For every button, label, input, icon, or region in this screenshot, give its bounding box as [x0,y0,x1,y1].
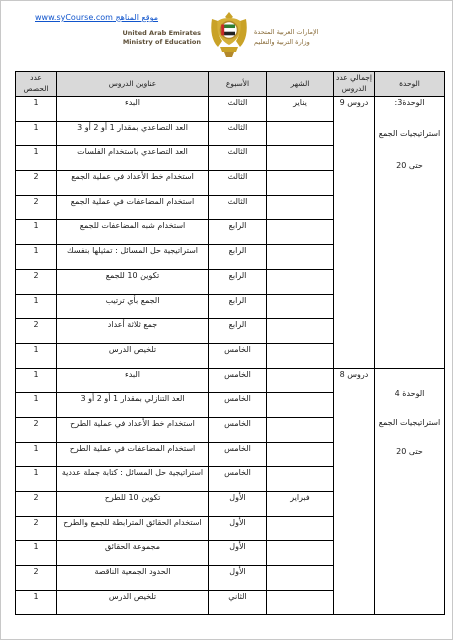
month-cell [267,393,334,418]
lesson-title-cell: تكوين 10 للطرح [57,492,209,517]
week-cell: الأول [209,566,267,591]
periods-cell: 2 [16,566,57,591]
lesson-title-cell: استخدام خط الأعداد في عملية الجمع [57,171,209,196]
total-lessons-cell: 8 دروس [334,368,375,615]
column-header-month: الشهر [267,72,334,97]
ministry-header: United Arab Emirates Ministry of Educati… [1,7,453,59]
month-cell [267,590,334,615]
week-cell: الأول [209,541,267,566]
ministry-en-line2: Ministry of Education [122,38,201,47]
unit-cell: الوحدة 4استراتيجيات الجمعحتى 20 [375,368,445,615]
column-header-unit: الوحدة [375,72,445,97]
lesson-title-cell: استراتيجية حل المسائل : كتابة جملة عددية [57,467,209,492]
ministry-ar-line1: الإمارات العربية المتحدة [254,27,318,37]
week-cell: الرابع [209,245,267,270]
week-cell: الخامس [209,417,267,442]
unit-line: الوحدة3: [377,98,442,108]
week-cell: الخامس [209,442,267,467]
month-cell [267,368,334,393]
ministry-en-line1: United Arab Emirates [122,29,201,38]
month-cell [267,269,334,294]
month-cell [267,146,334,171]
periods-cell: 1 [16,442,57,467]
uae-falcon-emblem-icon [208,11,250,59]
month-cell: يناير [267,97,334,122]
periods-cell: 1 [16,590,57,615]
periods-cell: 2 [16,319,57,344]
lesson-title-cell: جمع ثلاثة أعداد [57,319,209,344]
lesson-title-cell: الجمع بأي ترتيب [57,294,209,319]
month-cell [267,121,334,146]
lesson-title-cell: العد التصاعدي بمقدار 1 أو 2 أو 3 [57,121,209,146]
week-cell: الأول [209,492,267,517]
table-row: الوحدة 4استراتيجيات الجمعحتى 208 دروسالخ… [16,368,445,393]
lesson-plan-table: الوحدة إجمالي عدد الدروس الشهر الأسبوع ع… [15,71,445,615]
periods-cell: 2 [16,417,57,442]
month-cell: فبراير [267,492,334,517]
month-cell [267,566,334,591]
lesson-title-cell: العد التصاعدي باستخدام الفلسات [57,146,209,171]
week-cell: الثالث [209,171,267,196]
periods-cell: 1 [16,245,57,270]
ministry-ar-line2: وزارة التربية والتعليم [254,37,318,47]
week-cell: الأول [209,516,267,541]
month-cell [267,171,334,196]
month-cell [267,245,334,270]
periods-cell: 1 [16,220,57,245]
week-cell: الثاني [209,590,267,615]
document-page: موقع المناهج www.syCourse.com United Ara… [0,0,453,640]
periods-cell: 1 [16,146,57,171]
periods-cell: 1 [16,368,57,393]
column-header-total-lessons: إجمالي عدد الدروس [334,72,375,97]
periods-cell: 1 [16,97,57,122]
unit-line: الوحدة 4 [377,389,442,399]
periods-cell: 2 [16,171,57,196]
month-cell [267,343,334,368]
lesson-title-cell: الحدود الجمعية الناقصة [57,566,209,591]
week-cell: الخامس [209,467,267,492]
unit-cell: الوحدة3:استراتيجيات الجمعحتى 20 [375,97,445,369]
unit-line: حتى 20 [377,447,442,457]
lesson-title-cell: تلخيص الدرس [57,590,209,615]
periods-cell: 1 [16,467,57,492]
lesson-title-cell: تكوين 10 للجمع [57,269,209,294]
month-cell [267,220,334,245]
lesson-title-cell: البدء [57,368,209,393]
month-cell [267,319,334,344]
periods-cell: 1 [16,343,57,368]
unit-line: استراتيجيات الجمع [377,129,442,139]
lesson-title-cell: العد التنازلي بمقدار 1 أو 2 أو 3 [57,393,209,418]
ministry-name-arabic: الإمارات العربية المتحدة وزارة التربية و… [254,27,318,47]
periods-cell: 2 [16,516,57,541]
periods-cell: 1 [16,121,57,146]
lesson-title-cell: استخدام خط الأعداد في عملية الطرح [57,417,209,442]
lesson-title-cell: استخدام شبه المضاعفات للجمع [57,220,209,245]
lesson-title-cell: استخدام المضاعفات في عملية الطرح [57,442,209,467]
lesson-title-cell: تلخيص الدرس [57,343,209,368]
column-header-periods: عدد الحصص [16,72,57,97]
week-cell: الخامس [209,368,267,393]
lesson-title-cell: استخدام المضاعفات في عملية الجمع [57,195,209,220]
month-cell [267,417,334,442]
lesson-title-cell: استخدام الحقائق المترابطة للجمع والطرح [57,516,209,541]
week-cell: الرابع [209,269,267,294]
month-cell [267,195,334,220]
column-header-lesson-titles: عناوين الدروس [57,72,209,97]
month-cell [267,467,334,492]
unit-line: حتى 20 [377,161,442,171]
lesson-title-cell: البدء [57,97,209,122]
periods-cell: 2 [16,195,57,220]
week-cell: الرابع [209,220,267,245]
month-cell [267,442,334,467]
total-lessons-cell: 9 دروس [334,97,375,369]
week-cell: الخامس [209,393,267,418]
periods-cell: 2 [16,269,57,294]
ministry-name-english: United Arab Emirates Ministry of Educati… [122,29,201,48]
table-header-row: الوحدة إجمالي عدد الدروس الشهر الأسبوع ع… [16,72,445,97]
month-cell [267,294,334,319]
week-cell: الثالث [209,146,267,171]
lesson-title-cell: استراتيجية حل المسائل : تمثيلها بنفسك [57,245,209,270]
week-cell: الثالث [209,97,267,122]
month-cell [267,516,334,541]
periods-cell: 1 [16,393,57,418]
week-cell: الرابع [209,294,267,319]
periods-cell: 2 [16,492,57,517]
table-row: الوحدة3:استراتيجيات الجمعحتى 209 دروسينا… [16,97,445,122]
week-cell: الثالث [209,121,267,146]
week-cell: الرابع [209,319,267,344]
week-cell: الخامس [209,343,267,368]
lesson-title-cell: مجموعة الحقائق [57,541,209,566]
table-body: الوحدة3:استراتيجيات الجمعحتى 209 دروسينا… [16,97,445,615]
week-cell: الثالث [209,195,267,220]
unit-line: استراتيجيات الجمع [377,418,442,428]
month-cell [267,541,334,566]
column-header-week: الأسبوع [209,72,267,97]
periods-cell: 1 [16,294,57,319]
periods-cell: 1 [16,541,57,566]
